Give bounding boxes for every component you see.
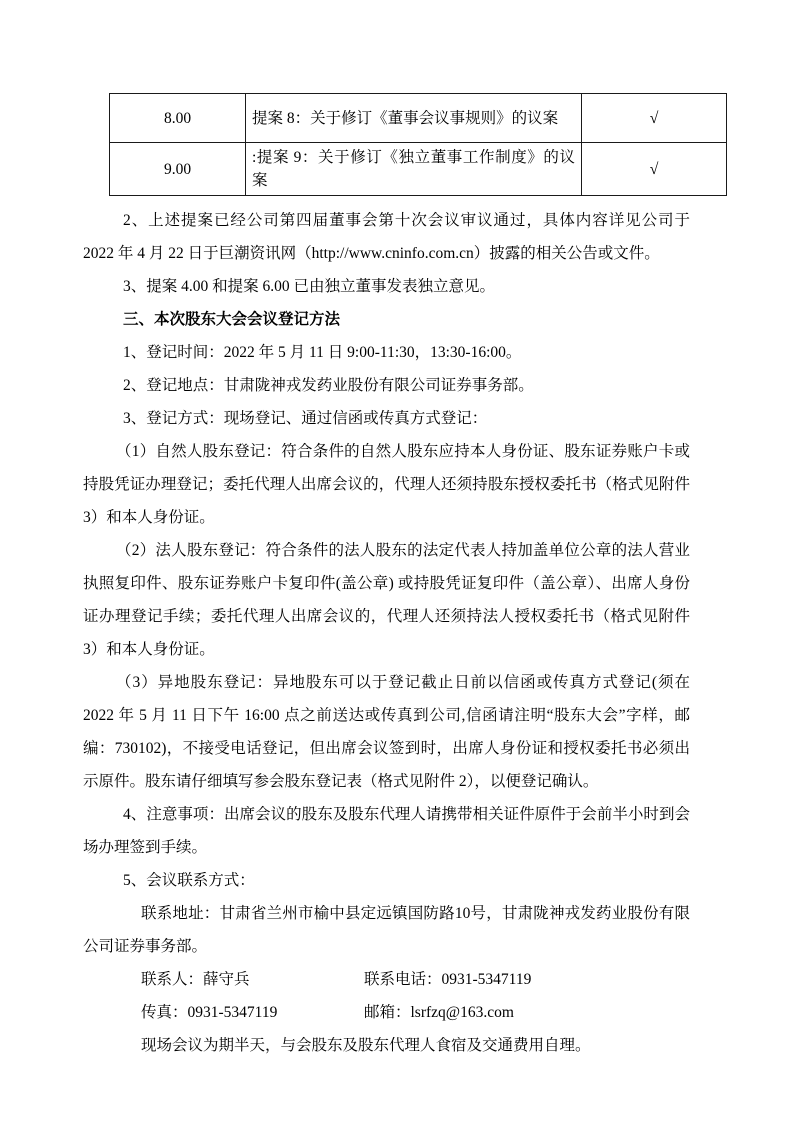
paragraph-closing-note: 现场会议为期半天，与会股东及股东代理人食宿及交通费用自理。 [83,1029,690,1062]
document-page: 8.00 提案 8：关于修订《董事会议事规则》的议案 √ 9.00 :提案 9：… [0,0,793,1122]
paragraph-disclosure: 2、上述提案已经公司第四届董事会第十次会议审议通过，具体内容详见公司于 2022… [83,204,690,270]
paragraph-remote-registration: （3）异地股东登记：异地股东可以于登记截止日前以信函或传真方式登记(须在 202… [83,666,690,798]
proposal-title-cell: :提案 9：关于修订《独立董事工作制度》的议案 [246,143,582,196]
vote-check-cell: √ [582,94,727,143]
vote-check-cell: √ [582,143,727,196]
paragraph-contact-address: 联系地址：甘肃省兰州市榆中县定远镇国防路10号，甘肃陇神戎发药业股份有限公司证券… [83,897,690,963]
paragraph-registration-place: 2、登记地点：甘肃陇神戎发药业股份有限公司证券事务部。 [83,369,690,402]
paragraph-registration-time: 1、登记时间：2022 年 5 月 11 日 9:00-11:30，13:30-… [83,336,690,369]
table-row: 9.00 :提案 9：关于修订《独立董事工作制度》的议案 √ [110,143,727,196]
contact-email: 邮箱：lsrfzq@163.com [364,996,514,1029]
proposal-number-cell: 8.00 [110,94,246,143]
contact-row-fax-email: 传真：0931-5347119 邮箱：lsrfzq@163.com [83,996,690,1029]
section-heading-registration: 三、本次股东大会会议登记方法 [83,303,690,336]
paragraph-contact-heading: 5、会议联系方式： [83,864,690,897]
document-content: 8.00 提案 8：关于修订《董事会议事规则》的议案 √ 9.00 :提案 9：… [0,0,793,1062]
contact-person: 联系人：薛守兵 [141,963,364,996]
table-row: 8.00 提案 8：关于修订《董事会议事规则》的议案 √ [110,94,727,143]
paragraph-registration-method: 3、登记方式：现场登记、通过信函或传真方式登记： [83,402,690,435]
paragraph-natural-person-registration: （1）自然人股东登记：符合条件的自然人股东应持本人身份证、股东证券账户卡或持股凭… [83,435,690,534]
contact-row-person-phone: 联系人：薛守兵 联系电话：0931-5347119 [83,963,690,996]
proposal-number-cell: 9.00 [110,143,246,196]
paragraph-independent-opinion: 3、提案 4.00 和提案 6.00 已由独立董事发表独立意见。 [83,270,690,303]
paragraph-notice: 4、注意事项：出席会议的股东及股东代理人请携带相关证件原件于会前半小时到会场办理… [83,798,690,864]
contact-fax: 传真：0931-5347119 [141,996,364,1029]
proposal-table: 8.00 提案 8：关于修订《董事会议事规则》的议案 √ 9.00 :提案 9：… [109,93,727,196]
proposal-title-cell: 提案 8：关于修订《董事会议事规则》的议案 [246,94,582,143]
paragraph-legal-person-registration: （2）法人股东登记：符合条件的法人股东的法定代表人持加盖单位公章的法人营业执照复… [83,534,690,666]
contact-phone: 联系电话：0931-5347119 [364,963,531,996]
